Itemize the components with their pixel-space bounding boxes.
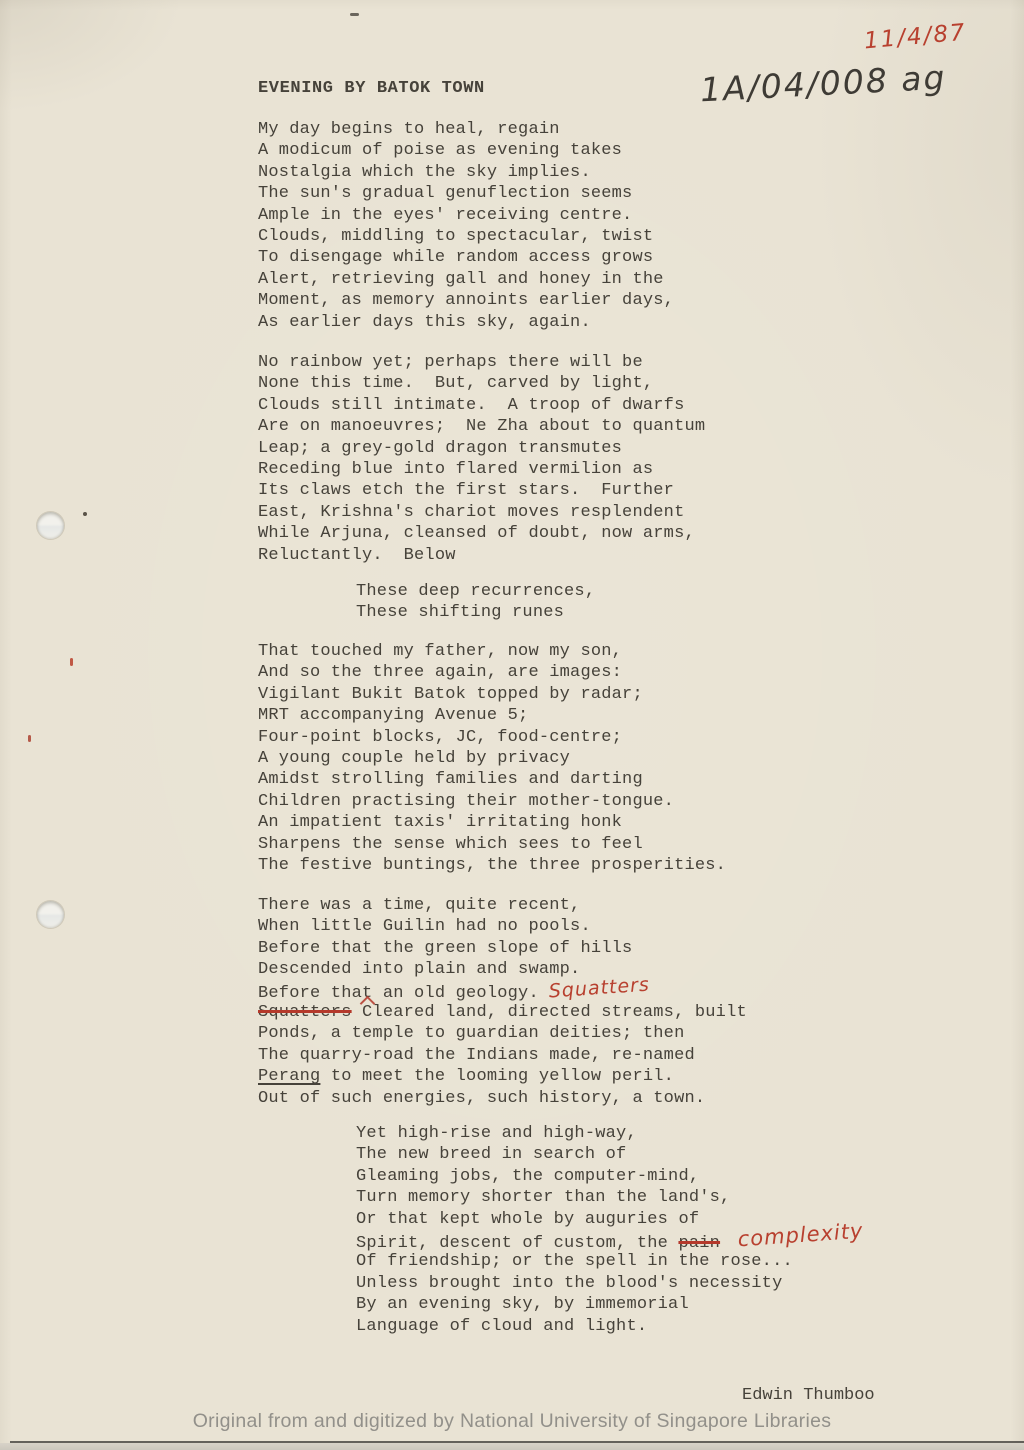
poem-line: Amidst strolling families and darting — [258, 769, 726, 790]
stanza-2: No rainbow yet; perhaps there will be No… — [258, 352, 705, 566]
poem-line: Sharpens the sense which sees to feel — [258, 834, 726, 855]
poem-line: Reluctantly. Below — [258, 545, 705, 566]
poem-line: Ponds, a temple to guardian deities; the… — [258, 1023, 747, 1044]
poem-line: A young couple held by privacy — [258, 748, 726, 769]
poem-line: Are on manoeuvres; Ne Zha about to quant… — [258, 416, 705, 437]
poem-line: No rainbow yet; perhaps there will be — [258, 352, 705, 373]
poem-line: My day begins to heal, regain — [258, 119, 674, 140]
punch-hole — [37, 512, 64, 539]
poem-line: The sun's gradual genuflection seems — [258, 183, 674, 204]
poem-line: Out of such energies, such history, a to… — [258, 1088, 747, 1109]
poem-line: Yet high-rise and high-way, — [356, 1123, 864, 1144]
poem-line: An impatient taxis' irritating honk — [258, 812, 726, 833]
poem-line: The festive buntings, the three prosperi… — [258, 855, 726, 876]
poem-line-text: Cleared land, directed streams, built — [352, 1003, 747, 1022]
poem-line: Clouds still intimate. A troop of dwarfs — [258, 395, 705, 416]
poem-line: Unless brought into the blood's necessit… — [356, 1273, 864, 1294]
poem-line: The quarry-road the Indians made, re-nam… — [258, 1045, 747, 1066]
stanza-4: There was a time, quite recent, When lit… — [258, 895, 747, 1109]
poem-line: Turn memory shorter than the land's, — [356, 1187, 864, 1208]
digitization-watermark: Original from and digitized by National … — [0, 1410, 1024, 1433]
poem-line: East, Krishna's chariot moves resplenden… — [258, 502, 705, 523]
poem-line: Four-point blocks, JC, food-centre; — [258, 727, 726, 748]
poem-title: EVENING BY BATOK TOWN — [258, 79, 485, 98]
poem-line: Before that the green slope of hills — [258, 938, 747, 959]
poem-line: Clouds, middling to spectacular, twist — [258, 226, 674, 247]
red-ink-speck — [28, 735, 31, 742]
poem-line: Descended into plain and swamp. — [258, 959, 747, 980]
poem-line: Leap; a grey-gold dragon transmutes — [258, 438, 705, 459]
poem-line: As earlier days this sky, again. — [258, 312, 674, 333]
poem-line: None this time. But, carved by light, — [258, 373, 705, 394]
indented-couplet: These deep recurrences, These shifting r… — [258, 581, 595, 624]
handwritten-catalog-number: 1A/04/008 ag — [699, 58, 947, 110]
poem-line-with-insert: Before that an old geology.Squatters — [258, 981, 747, 1002]
poem-line-text: to meet the looming yellow peril. — [320, 1067, 674, 1086]
handwritten-date: 11/4/87 — [863, 20, 968, 55]
poem-line-with-underline: Perang to meet the looming yellow peril. — [258, 1066, 747, 1087]
poem-line: Vigilant Bukit Batok topped by radar; — [258, 684, 726, 705]
poem-line: By an evening sky, by immemorial — [356, 1294, 864, 1315]
handwritten-insert-complexity: complexity — [737, 1221, 864, 1251]
poem-line: And so the three again, are images: — [258, 662, 726, 683]
poem-line: Nostalgia which the sky implies. — [258, 162, 674, 183]
scan-edge-shadow — [0, 1443, 1024, 1450]
stanza-1: My day begins to heal, regain A modicum … — [258, 119, 674, 333]
poem-line-with-strikethrough: Squatters Cleared land, directed streams… — [258, 1002, 747, 1023]
poem-line: Receding blue into flared vermilion as — [258, 459, 705, 480]
stanza-5: Yet high-rise and high-way, The new bree… — [258, 1123, 864, 1337]
poem-line: The new breed in search of — [356, 1144, 864, 1165]
poem-line: Ample in the eyes' receiving centre. — [258, 205, 674, 226]
poem-line: Children practising their mother-tongue. — [258, 791, 726, 812]
paper-speck — [83, 512, 87, 516]
poem-line: These shifting runes — [356, 602, 595, 623]
poem-line: MRT accompanying Avenue 5; — [258, 705, 726, 726]
paper-speck — [350, 13, 359, 16]
poem-line: When little Guilin had no pools. — [258, 916, 747, 937]
red-ink-speck — [70, 658, 73, 666]
author-signature: Edwin Thumboo — [742, 1386, 875, 1405]
stanza-3: That touched my father, now my son, And … — [258, 641, 726, 876]
poem-line: Of friendship; or the spell in the rose.… — [356, 1251, 864, 1272]
poem-line: That touched my father, now my son, — [258, 641, 726, 662]
poem-line: A modicum of poise as evening takes — [258, 140, 674, 161]
punch-hole — [37, 901, 64, 928]
poem-line-text: Before that an old geology. — [258, 984, 539, 1003]
poem-line: To disengage while random access grows — [258, 247, 674, 268]
poem-line-text: Spirit, descent of custom, the — [356, 1234, 678, 1253]
poem-line-with-strikethrough: Spirit, descent of custom, the paincompl… — [356, 1230, 864, 1251]
poem-line: Its claws etch the first stars. Further — [258, 480, 705, 501]
poem-line: Gleaming jobs, the computer-mind, — [356, 1166, 864, 1187]
poem-line: Alert, retrieving gall and honey in the — [258, 269, 674, 290]
poem-line: These deep recurrences, — [356, 581, 595, 602]
poem-line: While Arjuna, cleansed of doubt, now arm… — [258, 523, 705, 544]
poem-line: Language of cloud and light. — [356, 1316, 864, 1337]
struck-word-pain: pain — [678, 1234, 720, 1253]
poem-line: Moment, as memory annoints earlier days, — [258, 290, 674, 311]
scanned-typescript-page: 11/4/87 1A/04/008 ag EVENING BY BATOK TO… — [0, 0, 1024, 1450]
poem-line: There was a time, quite recent, — [258, 895, 747, 916]
struck-word-squatters: Squatters — [258, 1003, 352, 1022]
underlined-word-perang: Perang — [258, 1067, 320, 1086]
